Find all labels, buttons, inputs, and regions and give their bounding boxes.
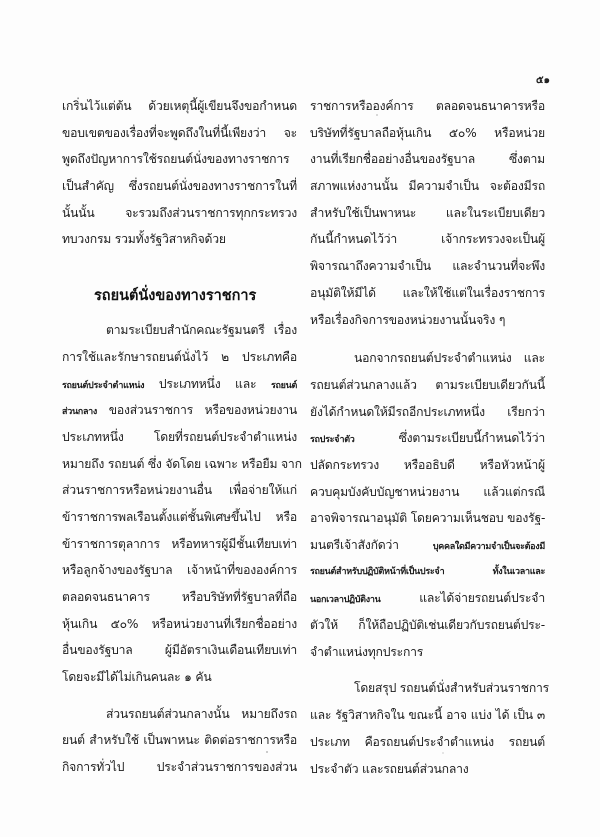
text-fragment: ประเภทหนึ่ง และ <box>144 377 271 391</box>
text-line: โดยจะมีได้ไม่เกินคนละ ๑ คัน <box>62 664 297 691</box>
text-line-mixed: รถยนต์ประจำตำแหน่ง ประเภทหนึ่ง และ รถยนต… <box>62 371 297 398</box>
term-personal-car: รถประจำตัว <box>310 435 355 445</box>
text-fragment: มนตรีเจ้าสังกัดว่า <box>310 538 433 552</box>
text-line: ประเภท คือรถยนต์ประจำตำแหน่ง รถยนต์ <box>310 729 545 756</box>
text-line-mixed: ส่วนกลาง ของส่วนราชการ หรือของหน่วยงาน <box>62 397 297 424</box>
text-line: ยังได้กำหนดให้มีรถอีกประเภทหนึ่ง เรียกว่… <box>310 399 545 426</box>
text-line: บริษัทที่รัฐบาลถือหุ้นเกิน ๕๐% หรือหน่วย <box>310 120 545 147</box>
text-fragment: ของส่วนราชการ หรือของหน่วยงาน <box>97 403 297 417</box>
emphasis-text: นอกเวลาปฏิบัติงาน <box>310 595 380 605</box>
text-line: รถยนต์ส่วนกลางแล้ว ตามระเบียบเดียวกันนี้ <box>310 372 545 399</box>
text-line: จำตำแหน่งทุกประการ <box>310 639 545 666</box>
text-line: ปลัดกระทรวง หรืออธิบดี หรือหัวหน้าผู้ <box>310 452 545 479</box>
text-line: หมายถึง รถยนต์ ซึ่ง จัดโดย เฉพาะ หรือยืม… <box>62 451 297 478</box>
text-line: ส่วนราชการหรือหน่วยงานอื่น เพื่อจ่ายให้แ… <box>62 477 297 504</box>
page-number: ๕๑ <box>536 73 550 88</box>
text-line: อาจพิจารณาอนุมัติ โดยความเห็นชอบ ของรัฐ- <box>310 505 545 532</box>
term-central: ส่วนกลาง <box>62 407 97 417</box>
text-line: ควบคุมบังคับบัญชาหน่วยงาน แล้วแต่กรณี <box>310 479 545 506</box>
text-line: งานที่เรียกชื่ออย่างอื่นของรัฐบาล ซึ่งตา… <box>310 146 545 173</box>
text-line: อนุมัติให้มีได้ และให้ใช้แต่ในเรื่องราชก… <box>310 280 545 307</box>
text-line: กันนี้กำหนดไว้ว่า เจ้ากระทรวงจะเป็นผู้ <box>310 226 545 253</box>
text-line: ข้าราชการพลเรือนตั้งแต่ชั้นพิเศษขึ้นไป ห… <box>62 504 297 531</box>
text-line: นั้นนั้น จะรวมถึงส่วนราชการทุกกระทรวง <box>62 200 297 227</box>
text-line: สภาพแห่งงานนั้น มีความจำเป็น จะต้องมีรถ <box>310 173 545 200</box>
text-line: ทบวงกรม รวมทั้งรัฐวิสาหกิจด้วย <box>62 226 297 253</box>
scan-speck <box>442 752 444 754</box>
right-column: ราชการหรือองค์การ ตลอดจนธนาคารหรือ บริษั… <box>310 93 545 782</box>
text-line: หุ้นเกิน ๕๐% หรือหน่วยงานที่เรียกชื่ออย่… <box>62 611 297 638</box>
text-line: เกริ่นไว้แต่ต้น ด้วยเหตุนี้ผู้เขียนจึงขอ… <box>62 93 297 120</box>
text-line-mixed: นอกเวลาปฏิบัติงาน และได้จ่ายรถยนต์ประจำ <box>310 585 545 612</box>
term-car: รถยนต์ <box>271 381 297 391</box>
text-line: หรือลูกจ้างของรัฐบาล เจ้าหน้าที่ขององค์ก… <box>62 557 297 584</box>
text-line: กิจการทั่วไป ประจำส่วนราชการของส่วน <box>62 754 297 781</box>
text-line: การใช้และรักษารถยนต์นั่งไว้ ๒ ประเภทคือ <box>62 344 297 371</box>
text-line: ตลอดจนธนาคาร หรือบริษัทที่รัฐบาลที่ถือ <box>62 584 297 611</box>
text-line-mixed: มนตรีเจ้าสังกัดว่า บุคคลใดมีความจำเป็นจะ… <box>310 532 545 559</box>
text-line-mixed: รถประจำตัว ซึ่งตามระเบียบนี้กำหนดไว้ว่า <box>310 425 545 452</box>
central-car-paragraph: ส่วนรถยนต์ส่วนกลางนั้น หมายถึงรถ ยนต์ สำ… <box>62 701 297 781</box>
text-line: อื่นของรัฐบาล ผู้มีอัตราเงินเดือนเทียบเท… <box>62 637 297 664</box>
text-line: ยนต์ สำหรับใช้ เป็นพาหนะ ติดต่อราชการหรื… <box>62 727 297 754</box>
text-fragment: ซึ่งตามระเบียบนี้กำหนดไว้ว่า <box>355 431 546 445</box>
text-line: ประเภทหนึ่ง โดยที่รถยนต์ประจำตำแหน่ง <box>62 424 297 451</box>
text-line: ประจำตัว และรถยนต์ส่วนกลาง <box>310 756 545 783</box>
definition-paragraph: ตามระเบียบสำนักคณะรัฐมนตรี เรื่อง การใช้… <box>62 317 297 691</box>
text-line: ตามระเบียบสำนักคณะรัฐมนตรี เรื่อง <box>62 317 297 344</box>
scan-speck <box>376 114 378 116</box>
document-page: ๕๑ เกริ่นไว้แต่ต้น ด้วยเหตุนี้ผู้เขียนจึ… <box>0 0 600 837</box>
text-line: ตัวให้ ก็ให้ถือปฏิบัติเช่นเดียวกับรถยนต์… <box>310 612 545 639</box>
summary-paragraph: โดยสรุป รถยนต์นั่งสำหรับส่วนราชการ และ ร… <box>310 675 545 782</box>
emphasis-text: บุคคลใดมีความจำเป็นจะต้องมี <box>433 542 545 552</box>
text-line: ส่วนรถยนต์ส่วนกลางนั้น หมายถึงรถ <box>62 701 297 728</box>
personal-car-paragraph: นอกจากรถยนต์ประจำตำแหน่ง และ รถยนต์ส่วนก… <box>310 345 545 665</box>
text-line: สำหรับใช้เป็นพาหนะ และในระเบียบเดียว <box>310 200 545 227</box>
text-line: ขอบเขตของเรื่องที่จะพูดถึงในที่นี้เพียงว… <box>62 120 297 147</box>
text-line: นอกจากรถยนต์ประจำตำแหน่ง และ <box>310 345 545 372</box>
text-line: เป็นสำคัญ ซึ่งรถยนต์นั่งของทางราชการในที… <box>62 173 297 200</box>
text-line: พิจารณาถึงความจำเป็น และจำนวนที่จะพึง <box>310 253 545 280</box>
term-position-car: รถยนต์ประจำตำแหน่ง <box>62 381 144 391</box>
text-line: หรือเรื่องกิจการของหน่วยงานนั้นจริง ๆ <box>310 307 545 334</box>
scan-speck <box>266 751 268 753</box>
text-fragment: และได้จ่ายรถยนต์ประจำ <box>380 591 545 605</box>
text-line: พูดถึงปัญหาการใช้รถยนต์นั่งของทางราชการ <box>62 146 297 173</box>
emphasis-line: รถยนต์สำหรับปฏิบัติหน้าที่เป็นประจำ ทั้ง… <box>310 559 545 586</box>
intro-paragraph: เกริ่นไว้แต่ต้น ด้วยเหตุนี้ผู้เขียนจึงขอ… <box>62 93 297 253</box>
continuation-paragraph: ราชการหรือองค์การ ตลอดจนธนาคารหรือ บริษั… <box>310 93 545 333</box>
text-line: โดยสรุป รถยนต์นั่งสำหรับส่วนราชการ <box>310 675 545 702</box>
text-line: และ รัฐวิสาหกิจใน ขณะนี้ อาจ แบ่ง ได้ เป… <box>310 702 545 729</box>
text-line: ข้าราชการตุลาการ หรือทหารผู้มีชั้นเทียบเ… <box>62 531 297 558</box>
left-column: เกริ่นไว้แต่ต้น ด้วยเหตุนี้ผู้เขียนจึงขอ… <box>62 93 297 781</box>
text-line: ราชการหรือองค์การ ตลอดจนธนาคารหรือ <box>310 93 545 120</box>
section-heading: รถยนต์นั่งของทางราชการ <box>62 281 297 311</box>
